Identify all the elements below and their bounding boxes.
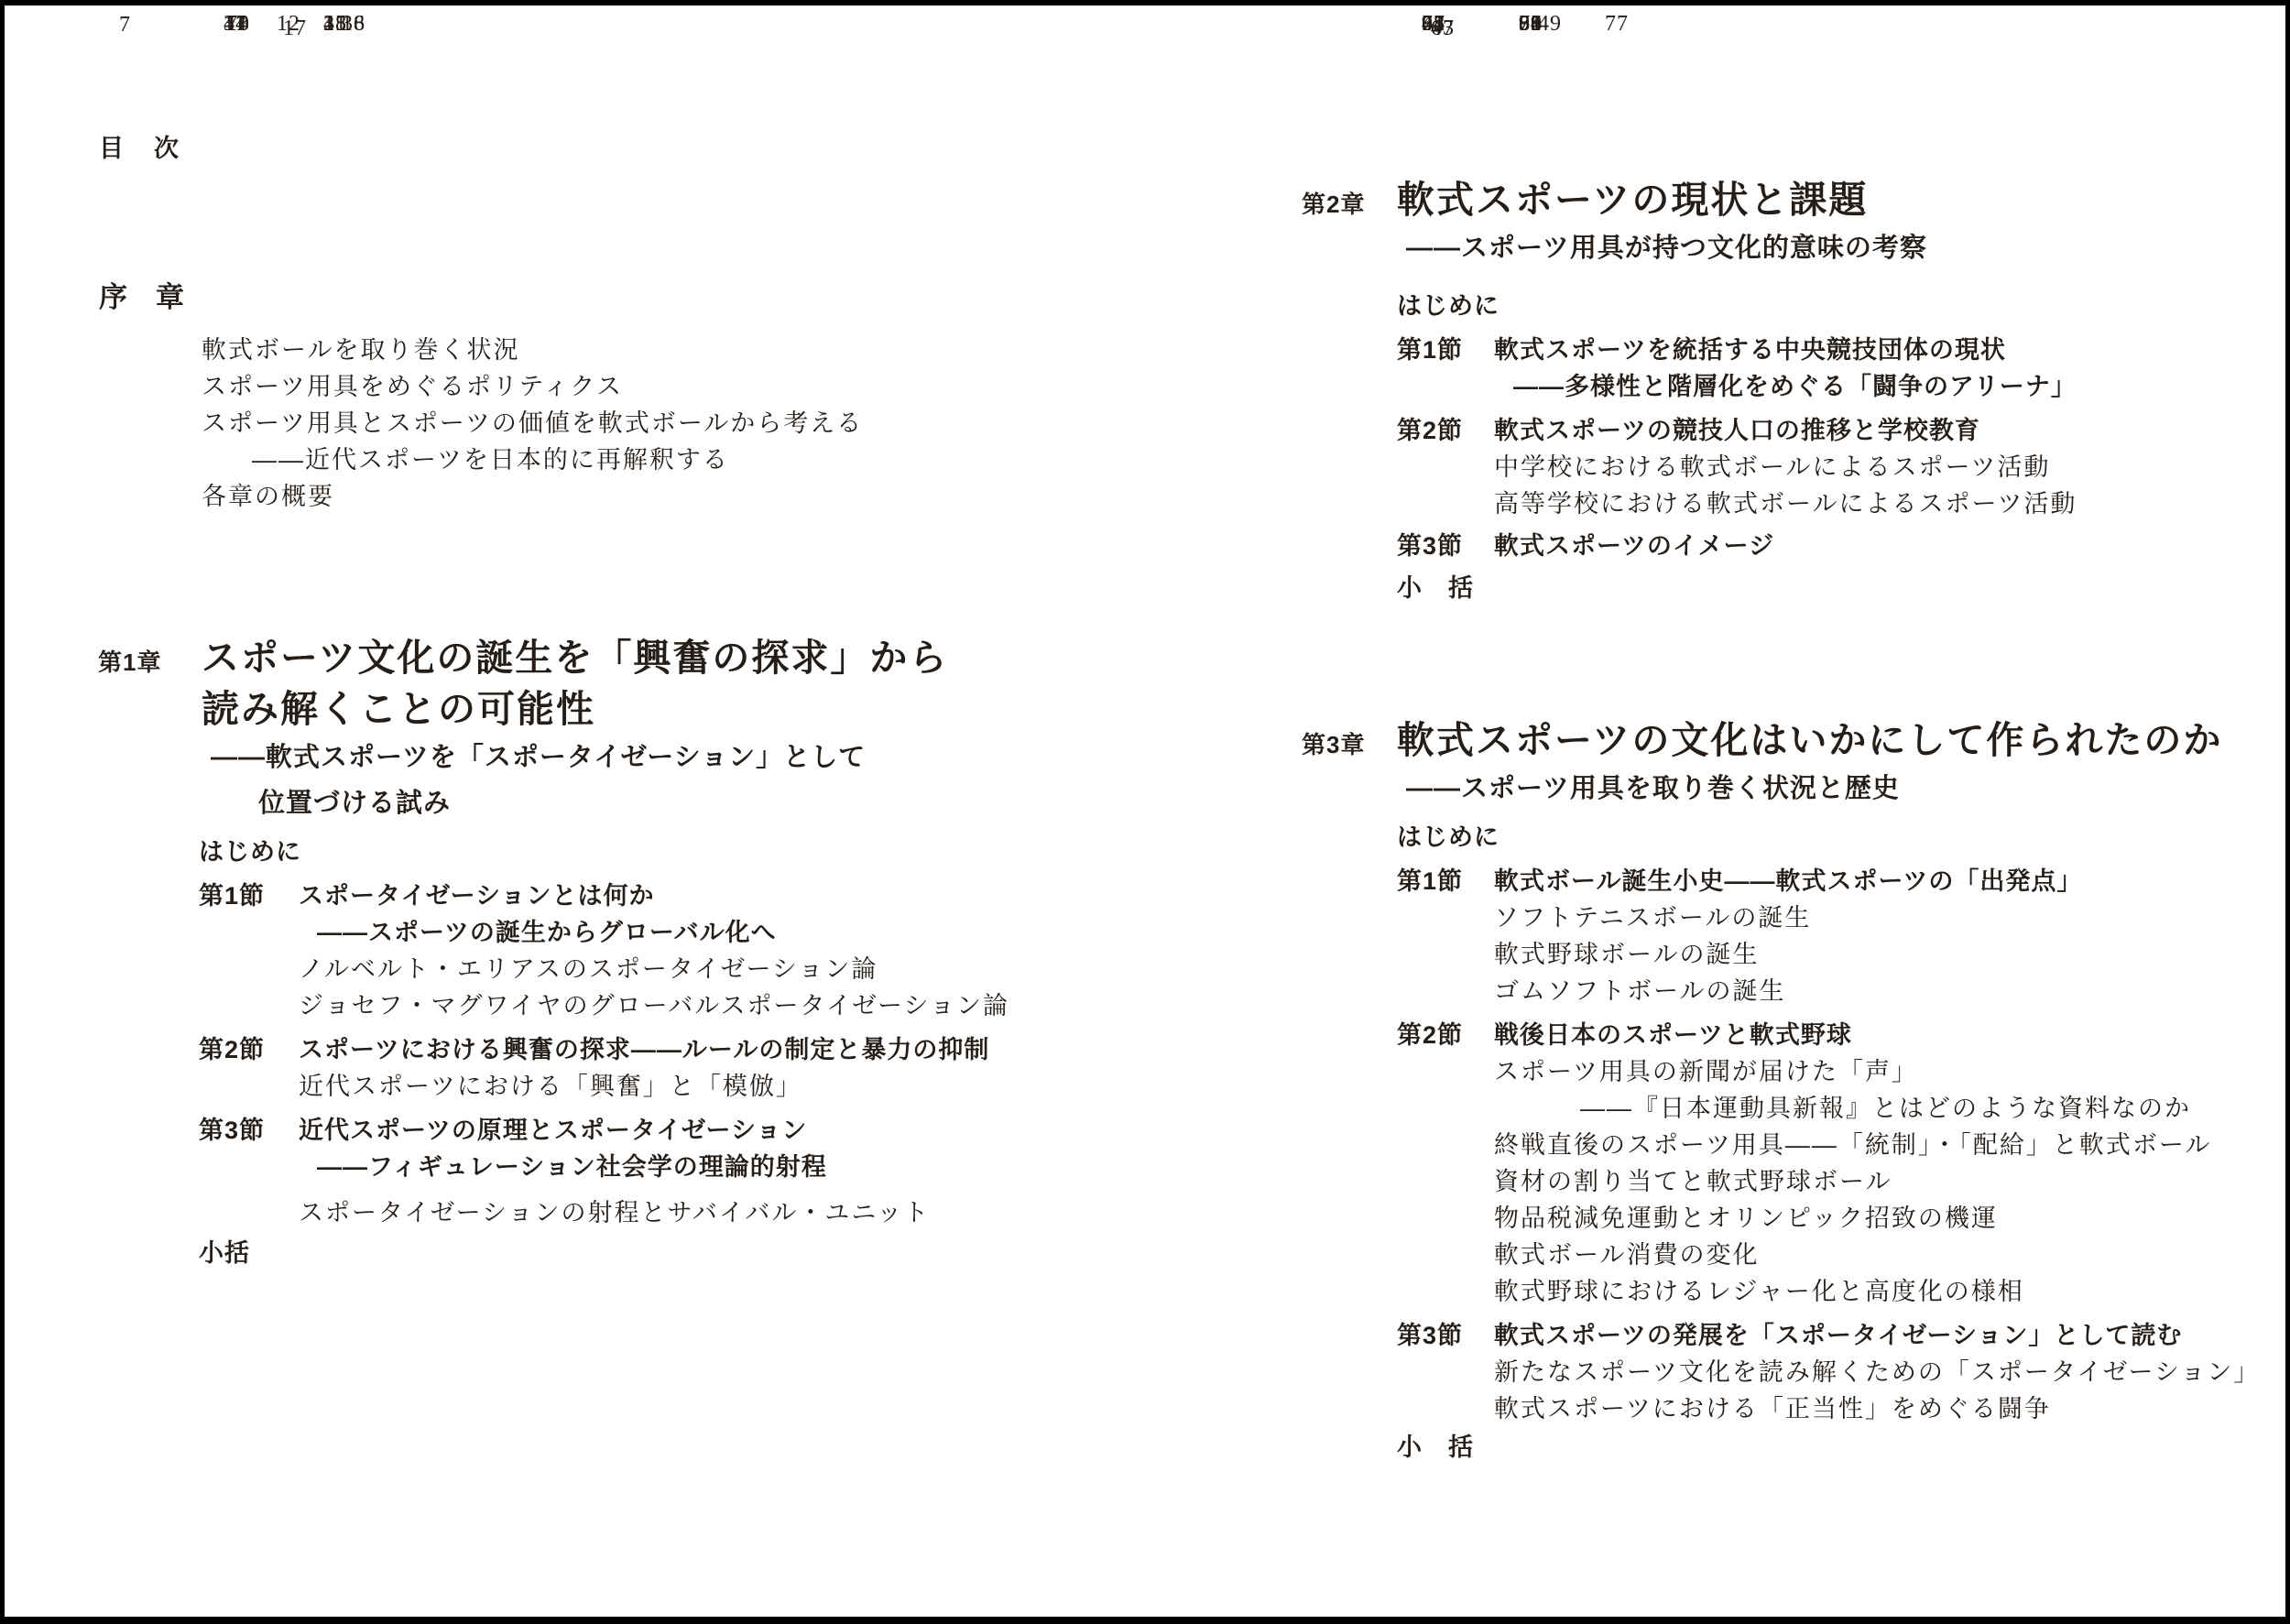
chapter-title-text: 軟式スポーツの文化はいかにして作られたのか xyxy=(1397,714,2222,766)
toc-subentry: 資材の割り当てと軟式野球ボール80 xyxy=(1282,1163,2290,1200)
entry-title: スポーツ用具をめぐるポリティクス xyxy=(202,368,623,405)
chapter-title-line: スポーツ文化の誕生を「興奮の探求」から xyxy=(202,632,948,683)
toc-subentry: 新たなスポーツ文化を読み解くための「スポータイゼーション」93 xyxy=(1282,1354,2290,1390)
chapter-title-text: ――スポーツ用具が持つ文化的意味の考察 xyxy=(1406,225,1927,271)
chapter-title-text: ――軟式スポーツを「スポータイゼーション」として xyxy=(211,735,866,780)
entry-title: 近代スポーツの原理とスポータイゼーション xyxy=(299,1112,807,1149)
section-label: 第1節 xyxy=(199,877,299,914)
entry-title: ソフトテニスボールの誕生 xyxy=(1494,899,1811,936)
entry-title: 軟式ボール消費の変化 xyxy=(1494,1237,1759,1273)
chapter-title-line: 軟式スポーツの文化はいかにして作られたのか xyxy=(1397,714,2222,766)
toc-summary: 小 括61 xyxy=(1282,570,2290,606)
page-number: 41 xyxy=(323,5,347,42)
section-label: 第3節 xyxy=(199,1112,299,1149)
toc-subentry: ノルベルト・エリアスのスポータイゼーション論18 xyxy=(96,951,1186,987)
chapter-title-text: 位置づける試み xyxy=(258,780,451,826)
chapter-heading: 第1章スポーツ文化の誕生を「興奮の探求」から読み解くことの可能性――軟式スポーツ… xyxy=(96,632,1186,826)
entry-title: スポーツ用具の新聞が届けた「声」 xyxy=(1494,1053,1918,1090)
toc-subentry: ソフトテニスボールの誕生66 xyxy=(1282,899,2290,936)
toc-subentry-dash: ――多様性と階層化をめぐる「闘争のアリーナ」49 xyxy=(1282,368,2290,405)
book-toc-spread: 目 次序 章7軟式ボールを取り巻く状況7スポーツ用具をめぐるポリティクス10スポ… xyxy=(0,0,2290,1624)
toc-subentry: 近代スポーツにおける「興奮」と「模倣」35 xyxy=(96,1068,1186,1105)
entry-title: 小 括 xyxy=(1397,570,1474,606)
toc-summary: 小 括98 xyxy=(1282,1429,2290,1466)
toc-subentry: スポータイゼーションの射程とサバイバル・ユニット41 xyxy=(96,1194,1186,1231)
chapter-title-text: 読み解くことの可能性 xyxy=(202,683,595,735)
section-label: 第2節 xyxy=(199,1031,299,1068)
toc-subentry: 終戦直後のスポーツ用具――「統制」・「配給」と軟式ボール78 xyxy=(1282,1127,2290,1163)
entry-title: ジョセフ・マグワイヤのグローバルスポータイゼーション論 xyxy=(299,987,1009,1024)
chapter-title-line: ――軟式スポーツを「スポータイゼーション」として xyxy=(202,735,948,780)
toc-section: 第3節軟式スポーツの発展を「スポータイゼーション」として読む92 xyxy=(1282,1317,2290,1354)
chapter-title-line: 軟式スポーツの現状と課題 xyxy=(1397,174,1927,225)
toc-block: はじめに47第1節軟式スポーツを統括する中央競技団体の現状――多様性と階層化をめ… xyxy=(1282,288,2290,606)
toc-subentry: 高等学校における軟式ボールによるスポーツ活動55 xyxy=(1282,485,2290,522)
entry-title: 近代スポーツにおける「興奮」と「模倣」 xyxy=(299,1068,802,1105)
chapter-label: 第3章 xyxy=(1282,714,1397,812)
toc-block: 軟式ボールを取り巻く状況7スポーツ用具をめぐるポリティクス10スポーツ用具とスポ… xyxy=(96,332,1186,515)
entry-title: 軟式野球におけるレジャー化と高度化の様相 xyxy=(1494,1273,2024,1310)
toc-subentry: 軟式野球におけるレジャー化と高度化の様相89 xyxy=(1282,1273,2290,1310)
entry-title: ――フィギュレーション社会学の理論的射程 xyxy=(317,1149,827,1185)
toc-subentry-dash: ――スポーツの誕生からグローバル化へ18 xyxy=(96,914,1186,951)
entry-title: 各章の概要 xyxy=(202,478,334,515)
entry-title: はじめに xyxy=(1397,819,1499,856)
right-page: 第2章軟式スポーツの現状と課題――スポーツ用具が持つ文化的意味の考察47はじめに… xyxy=(1282,5,2290,1466)
chapter-label: 第1章 xyxy=(96,632,202,826)
section-label: 第1節 xyxy=(1397,332,1494,368)
left-page: 目 次序 章7軟式ボールを取り巻く状況7スポーツ用具をめぐるポリティクス10スポ… xyxy=(96,5,1186,1271)
section-label: 第1節 xyxy=(1397,863,1494,899)
entry-title: 軟式スポーツにおける「正当性」をめぐる闘争 xyxy=(1494,1390,2051,1427)
toc-subentry-dash: ――フィギュレーション社会学の理論的射程36 xyxy=(96,1149,1186,1185)
page-number: 77 xyxy=(1605,5,1629,42)
toc-entry: 各章の概要13 xyxy=(96,478,1186,515)
toc-summary: 小括44 xyxy=(96,1235,1186,1271)
chapter-title-text: 軟式スポーツの現状と課題 xyxy=(1397,174,1868,225)
entry-title: ゴムソフトボールの誕生 xyxy=(1494,973,1785,1009)
entry-title: 軟式ボール誕生小史――軟式スポーツの「出発点」 xyxy=(1494,863,2082,899)
toc-entry: 軟式ボールを取り巻く状況7 xyxy=(96,332,1186,368)
section-label: 第3節 xyxy=(1397,528,1494,564)
toc-block: はじめに17第1節スポータイゼーションとは何か――スポーツの誕生からグローバル化… xyxy=(96,834,1186,1271)
toc-subentry: 軟式スポーツにおける「正当性」をめぐる闘争95 xyxy=(1282,1390,2290,1427)
chapter-heading: 第2章軟式スポーツの現状と課題――スポーツ用具が持つ文化的意味の考察47 xyxy=(1282,174,2290,271)
entry-title: ――近代スポーツを日本的に再解釈する xyxy=(252,441,729,478)
toc-subentry: 中学校における軟式ボールによるスポーツ活動54 xyxy=(1282,449,2290,485)
entry-title: 目 次 xyxy=(99,130,181,167)
entry-title: スポーツ用具とスポーツの価値を軟式ボールから考える xyxy=(202,405,863,441)
page-number: 95 xyxy=(1519,5,1543,42)
entry-title: 軟式野球ボールの誕生 xyxy=(1494,936,1759,973)
entry-title: 軟式スポーツの発展を「スポータイゼーション」として読む xyxy=(1494,1317,2182,1354)
toc-entry: スポーツ用具とスポーツの価値を軟式ボールから考える xyxy=(96,405,1186,441)
toc-intro: はじめに63 xyxy=(1282,819,2290,856)
toc-entry-dash: ――近代スポーツを日本的に再解釈する12 xyxy=(96,441,1186,478)
entry-title: スポータイゼーションとは何か xyxy=(299,877,655,914)
toc-title: 目 次 xyxy=(96,130,1186,167)
toc-subentry: 軟式野球ボールの誕生68 xyxy=(1282,936,2290,973)
toc-block: 序 章7 xyxy=(96,278,1186,317)
entry-title: 軟式スポーツの競技人口の推移と学校教育 xyxy=(1494,412,1980,449)
entry-title: ――スポーツの誕生からグローバル化へ xyxy=(317,914,777,951)
entry-title: 終戦直後のスポーツ用具――「統制」・「配給」と軟式ボール xyxy=(1494,1127,2211,1163)
toc-intro: はじめに47 xyxy=(1282,288,2290,324)
toc-section: 第1節軟式ボール誕生小史――軟式スポーツの「出発点」65 xyxy=(1282,863,2290,899)
chapter-title-lines: 軟式スポーツの文化はいかにして作られたのか――スポーツ用具を取り巻く状況と歴史6… xyxy=(1397,714,2222,812)
toc-section: 第3節近代スポーツの原理とスポータイゼーション xyxy=(96,1112,1186,1149)
toc-section: 第2節戦後日本のスポーツと軟式野球74 xyxy=(1282,1017,2290,1053)
entry-title: 小括 xyxy=(199,1235,250,1271)
chapter-title-lines: スポーツ文化の誕生を「興奮の探求」から読み解くことの可能性――軟式スポーツを「ス… xyxy=(202,632,948,826)
page-number: 17 xyxy=(283,5,307,51)
entry-title: 高等学校における軟式ボールによるスポーツ活動 xyxy=(1494,485,2077,522)
toc-subentry: 物品税減免運動とオリンピック招致の機運84 xyxy=(1282,1200,2290,1237)
chapter-title-text: ――スポーツ用具を取り巻く状況と歴史 xyxy=(1406,766,1900,812)
chapter-title-line: ――スポーツ用具を取り巻く状況と歴史63 xyxy=(1397,766,2222,812)
chapter-title-line: 位置づける試み17 xyxy=(202,780,948,826)
entry-title: 軟式スポーツを統括する中央競技団体の現状 xyxy=(1494,332,2006,368)
entry-title: ノルベルト・エリアスのスポータイゼーション論 xyxy=(299,951,878,987)
entry-title: はじめに xyxy=(1397,288,1499,324)
toc-entry: スポーツ用具をめぐるポリティクス10 xyxy=(96,368,1186,405)
page-number: 98 xyxy=(1422,5,1445,42)
entry-title: スポータイゼーションの射程とサバイバル・ユニット xyxy=(299,1194,930,1231)
entry-title: 戦後日本のスポーツと軟式野球 xyxy=(1494,1017,1852,1053)
entry-title: 物品税減免運動とオリンピック招致の機運 xyxy=(1494,1200,1998,1237)
entry-title: ――多様性と階層化をめぐる「闘争のアリーナ」 xyxy=(1513,368,2077,405)
entry-title: 資材の割り当てと軟式野球ボール xyxy=(1494,1163,1892,1200)
toc-subentry: ゴムソフトボールの誕生71 xyxy=(1282,973,2290,1009)
chapter-heading: 第3章軟式スポーツの文化はいかにして作られたのか――スポーツ用具を取り巻く状況と… xyxy=(1282,714,2290,812)
chapter-title-text: スポーツ文化の誕生を「興奮の探求」から xyxy=(202,632,948,683)
toc-section: 第1節スポータイゼーションとは何か xyxy=(96,877,1186,914)
preface-chapter-row: 序 章7 xyxy=(96,278,1186,317)
chapter-title-line: 読み解くことの可能性 xyxy=(202,683,948,735)
page-number: 7 xyxy=(119,5,131,44)
entry-title: ――『日本運動具新報』とはどのような資料なのか xyxy=(1580,1090,2191,1127)
toc-section: 第3節軟式スポーツのイメージ57 xyxy=(1282,528,2290,564)
chapter-title-line: ――スポーツ用具が持つ文化的意味の考察47 xyxy=(1397,225,1927,271)
toc-block: はじめに63第1節軟式ボール誕生小史――軟式スポーツの「出発点」65ソフトテニス… xyxy=(1282,819,2290,1466)
toc-subentry: 軟式ボール消費の変化86 xyxy=(1282,1237,2290,1273)
entry-title: 小 括 xyxy=(1397,1429,1474,1466)
entry-title: 軟式ボールを取り巻く状況 xyxy=(202,332,519,368)
entry-title: はじめに xyxy=(199,834,301,870)
chapter-label: 第2章 xyxy=(1282,174,1397,271)
section-label: 第3節 xyxy=(1397,1317,1494,1354)
toc-section: 第2節スポーツにおける興奮の探求――ルールの制定と暴力の抑制31 xyxy=(96,1031,1186,1068)
entry-title: スポーツにおける興奮の探求――ルールの制定と暴力の抑制 xyxy=(299,1031,989,1068)
toc-subentry: ジョセフ・マグワイヤのグローバルスポータイゼーション論25 xyxy=(96,987,1186,1024)
toc-intro: はじめに17 xyxy=(96,834,1186,870)
entry-title: 中学校における軟式ボールによるスポーツ活動 xyxy=(1494,449,2050,485)
page-number: 44 xyxy=(224,5,247,42)
entry-title: 軟式スポーツのイメージ xyxy=(1494,528,1774,564)
toc-subentry-dash: ――『日本運動具新報』とはどのような資料なのか77 xyxy=(1282,1090,2290,1127)
toc-subentry: スポーツ用具の新聞が届けた「声」 xyxy=(1282,1053,2290,1090)
toc-section: 第2節軟式スポーツの競技人口の推移と学校教育52 xyxy=(1282,412,2290,449)
section-label: 第2節 xyxy=(1397,412,1494,449)
toc-block: 目 次 xyxy=(96,130,1186,167)
section-label: 序 章 xyxy=(99,278,184,317)
section-label: 第2節 xyxy=(1397,1017,1494,1053)
chapter-title-lines: 軟式スポーツの現状と課題――スポーツ用具が持つ文化的意味の考察47 xyxy=(1397,174,1927,271)
entry-title: 新たなスポーツ文化を読み解くための「スポータイゼーション」 xyxy=(1494,1354,2260,1390)
toc-section: 第1節軟式スポーツを統括する中央競技団体の現状 xyxy=(1282,332,2290,368)
